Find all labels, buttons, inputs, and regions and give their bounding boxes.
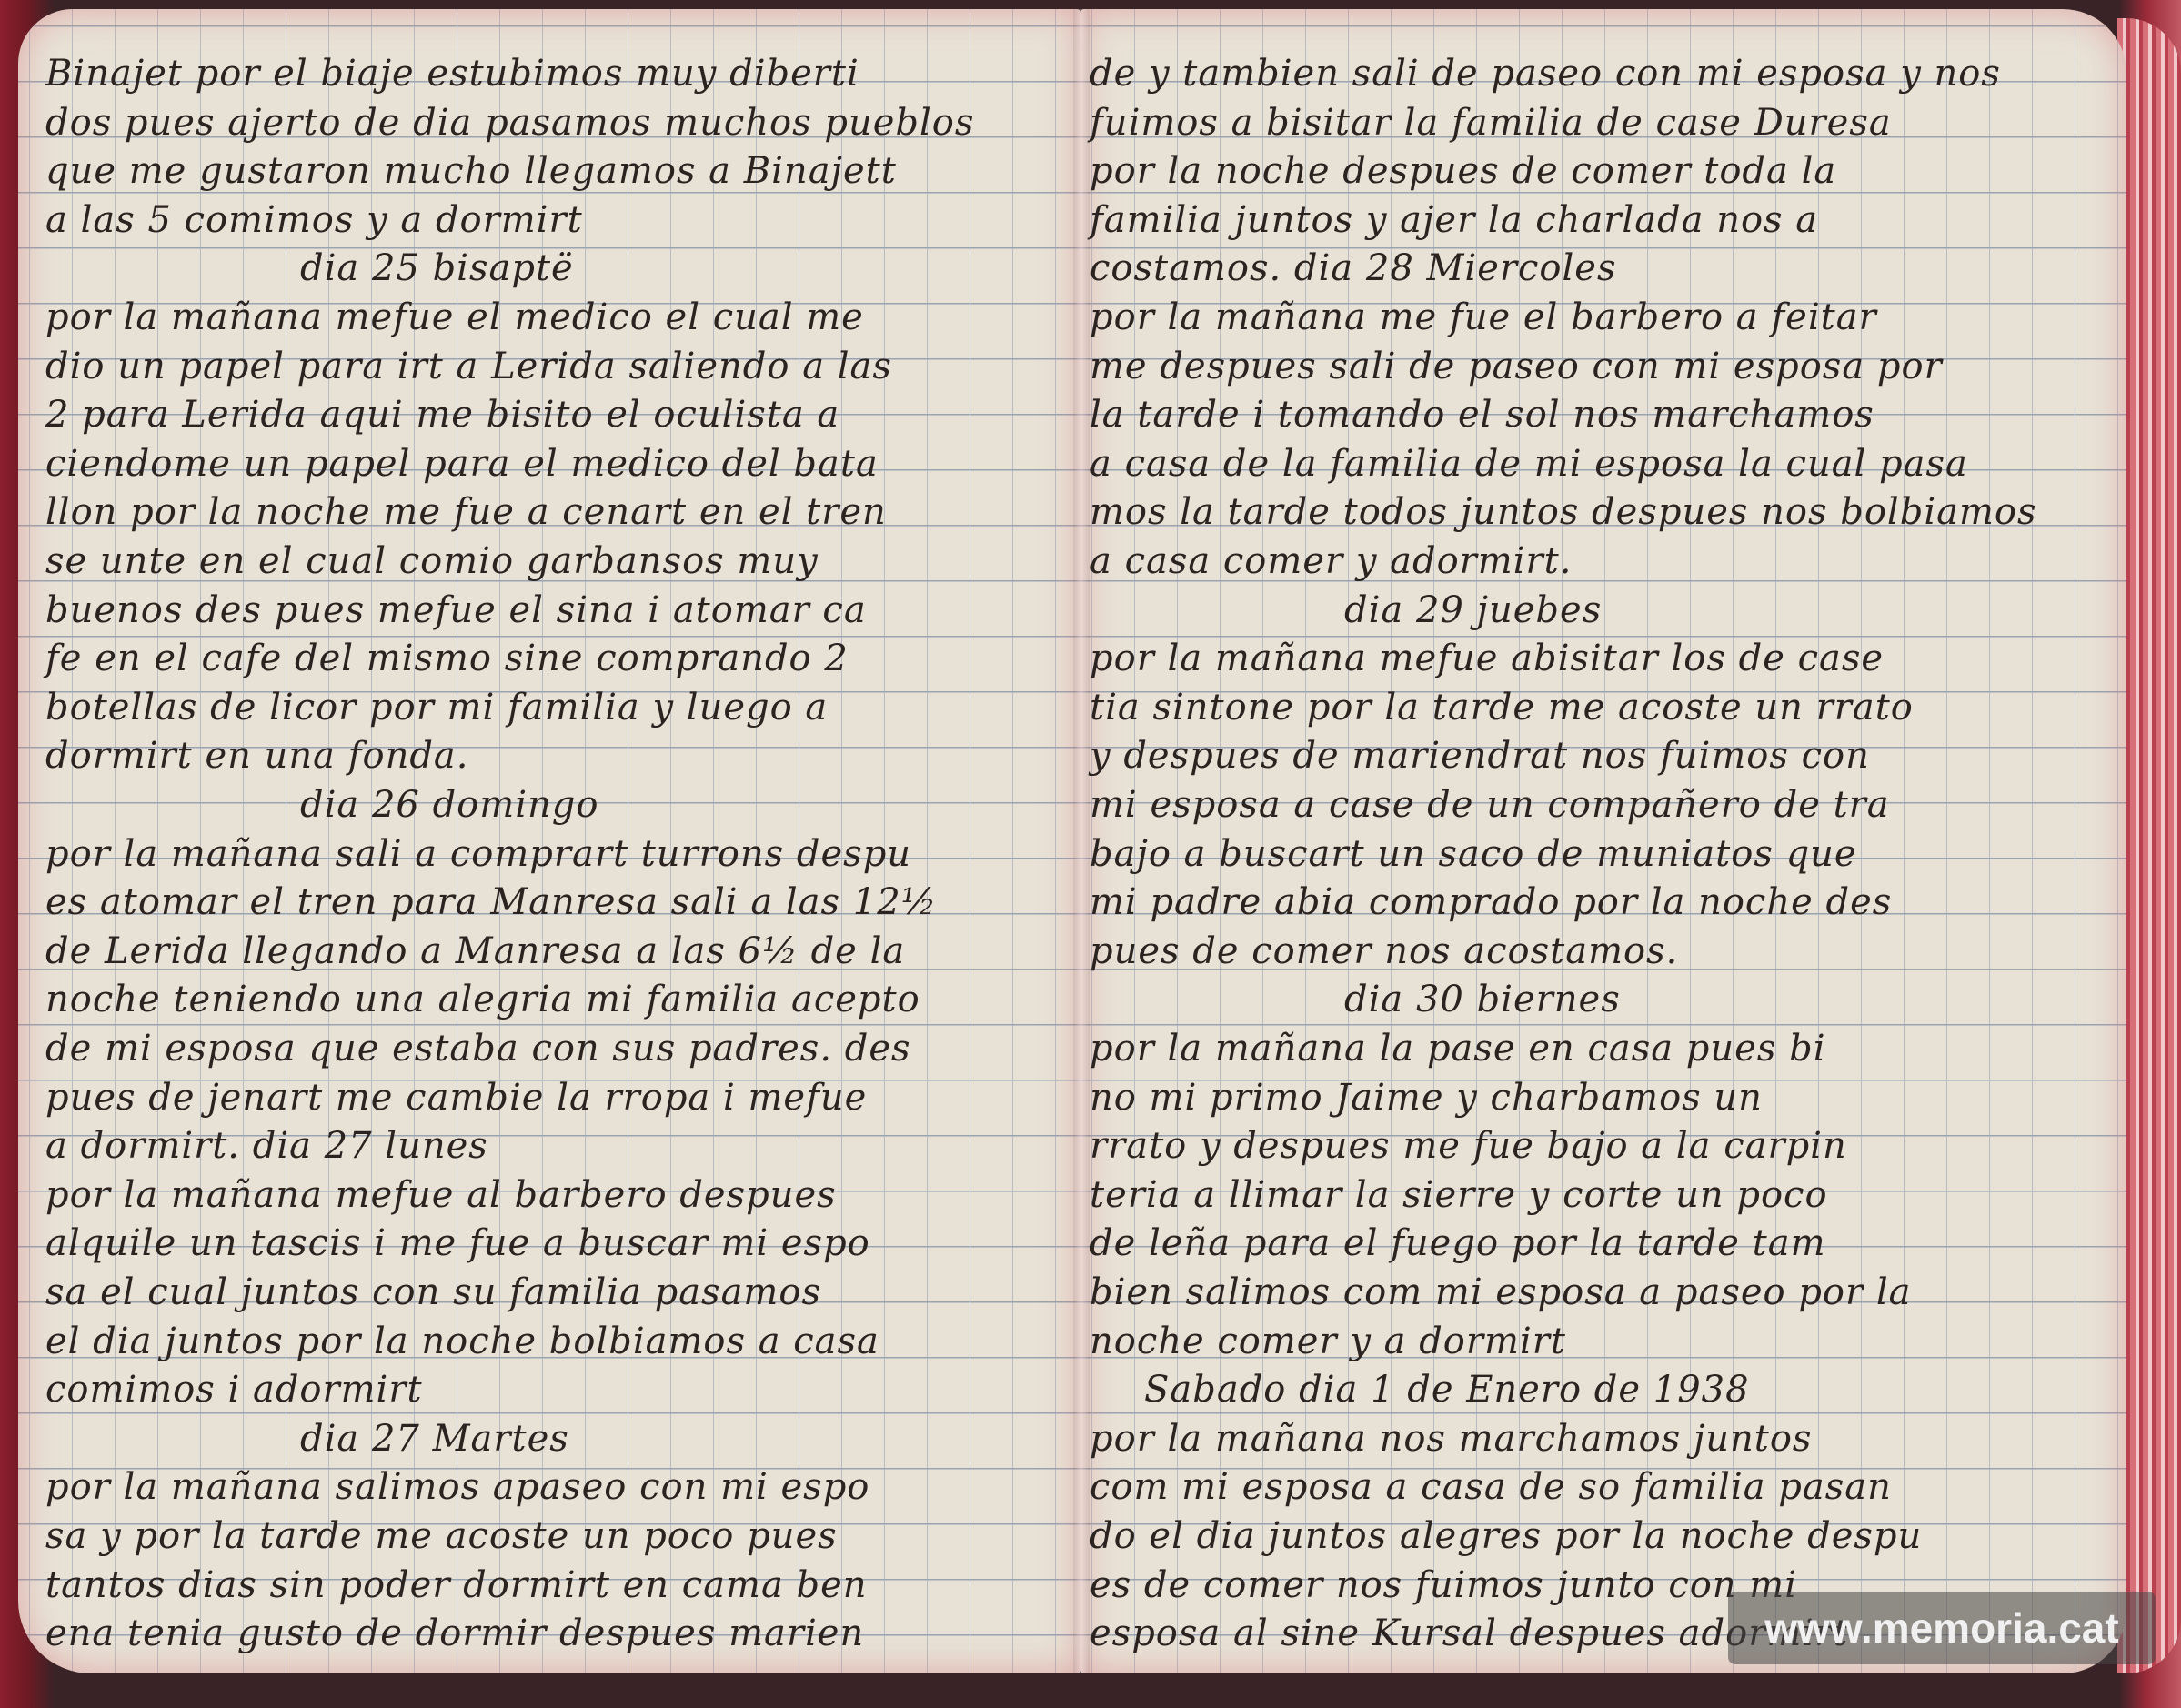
handwritten-line: noche comer y a dormirt [1090,1321,1566,1362]
handwritten-line: por la mañana me fue el barbero a feitar [1090,296,1877,338]
date-heading: dia 27 Martes [300,1418,569,1460]
notebook-gutter [1073,9,1090,1673]
handwritten-line: bien salimos com mi esposa a paseo por l… [1090,1271,1911,1313]
page-edges-stack [2117,18,2181,1673]
handwritten-line: llon por la noche me fue a cenart en el … [45,491,887,533]
handwritten-line: no mi primo Jaime y charbamos un [1090,1077,1763,1119]
handwritten-line: ciendome un papel para el medico del bat… [45,443,879,485]
handwritten-line: tia sintone por la tarde me acoste un rr… [1090,687,1914,728]
handwritten-line: dormirt en una fonda. [45,735,469,777]
handwritten-line: por la mañana sali a comprart turrons de… [45,833,911,875]
handwritten-line: tantos dias sin poder dormirt en cama be… [45,1564,868,1606]
handwritten-line: mi esposa a case de un compañero de tra [1090,784,1890,826]
handwritten-line: por la mañana nos marchamos juntos [1090,1418,1812,1460]
handwritten-line: es atomar el tren para Manresa sali a la… [45,881,937,923]
handwritten-line: por la mañana mefue al barbero despues [45,1174,837,1216]
date-heading: dia 30 biernes [1344,979,1621,1020]
handwritten-line: de leña para el fuego por la tarde tam [1090,1222,1826,1264]
handwritten-line: rrato y despues me fue bajo a la carpin [1090,1125,1847,1167]
handwritten-line: buenos des pues mefue el sina i atomar c… [45,589,867,631]
handwritten-line: fe en el cafe del mismo sine comprando 2 [45,638,849,679]
watermark-text: www.memoria.cat [1764,1603,2118,1653]
handwritten-line: mi padre abia comprado por la noche des [1090,881,1892,923]
handwritten-line: pues de comer nos acostamos. [1090,930,1678,972]
handwritten-line: la tarde i tomando el sol nos marchamos [1090,394,1874,436]
handwritten-line: sa el cual juntos con su familia pasamos [45,1271,821,1313]
handwritten-line: teria a llimar la sierre y corte un poco [1090,1174,1828,1216]
handwritten-line: que me gustaron mucho llegamos a Binajet… [45,150,897,192]
handwritten-line: alquile un tascis i me fue a buscar mi e… [45,1222,870,1264]
handwritten-line: costamos. dia 28 Miercoles [1090,247,1617,289]
watermark: www.memoria.cat [1728,1592,2156,1664]
date-heading: dia 29 juebes [1344,589,1602,631]
handwritten-line: por la mañana mefue abisitar los de case [1090,638,1884,679]
handwritten-line: por la mañana mefue el medico el cual me [45,296,864,338]
handwritten-line: do el dia juntos alegres por la noche de… [1090,1515,1922,1557]
handwritten-line: es de comer nos fuimos junto con mi [1090,1564,1797,1606]
date-heading: dia 25 bisaptë [300,247,574,289]
handwritten-line: el dia juntos por la noche bolbiamos a c… [45,1321,879,1362]
handwritten-line: Binajet por el biaje estubimos muy diber… [45,53,859,95]
handwritten-line: familia juntos y ajer la charlada nos a [1090,199,1818,241]
handwritten-line: comimos i adormirt [45,1369,423,1411]
left-page: Binajet por el biaje estubimos muy diber… [18,9,1080,1673]
date-heading: dia 26 domingo [300,784,598,826]
handwritten-line: por la noche despues de comer toda la [1090,150,1836,192]
handwritten-line: de mi esposa que estaba con sus padres. … [45,1028,911,1070]
handwritten-line: noche teniendo una alegria mi familia ac… [45,979,920,1020]
handwritten-line: por la mañana salimos apaseo con mi espo [45,1466,869,1508]
handwritten-line: ena tenia gusto de dormir despues marien [45,1613,864,1654]
handwritten-line: por la mañana la pase en casa pues bi [1090,1028,1825,1070]
handwritten-line: com mi esposa a casa de so familia pasan [1090,1466,1892,1508]
handwritten-line: sa y por la tarde me acoste un poco pues [45,1515,838,1557]
handwritten-line: mos la tarde todos juntos despues nos bo… [1090,491,2037,533]
handwritten-line: de y tambien sali de paseo con mi esposa… [1090,53,2001,95]
handwritten-line: pues de jenart me cambie la rropa i mefu… [45,1077,867,1119]
handwritten-line: Sabado dia 1 de Enero de 1938 [1144,1369,1750,1411]
handwritten-line: bajo a buscart un saco de muniatos que [1090,833,1857,875]
handwritten-line: dos pues ajerto de dia pasamos muchos pu… [45,102,974,144]
handwritten-line: me despues sali de paseo con mi esposa p… [1090,346,1943,387]
handwritten-line: y despues de mariendrat nos fuimos con [1090,735,1870,777]
handwritten-line: dio un papel para irt a Lerida saliendo … [45,346,892,387]
handwritten-line: de Lerida llegando a Manresa a las 6½ de… [45,930,905,972]
handwritten-line: a las 5 comimos y a dormirt [45,199,583,241]
handwritten-line: botellas de licor por mi familia y luego… [45,687,828,728]
handwritten-line: fuimos a bisitar la familia de case Dure… [1090,102,1892,144]
handwritten-line: a dormirt. dia 27 lunes [45,1125,488,1167]
handwritten-line: se unte en el cual comio garbansos muy [45,540,819,582]
handwritten-line: 2 para Lerida aqui me bisito el oculista… [45,394,839,436]
right-page: de y tambien sali de paseo con mi esposa… [1080,9,2126,1673]
handwritten-line: a casa comer y adormirt. [1090,540,1572,582]
handwritten-line: a casa de la familia de mi esposa la cua… [1090,443,1968,485]
